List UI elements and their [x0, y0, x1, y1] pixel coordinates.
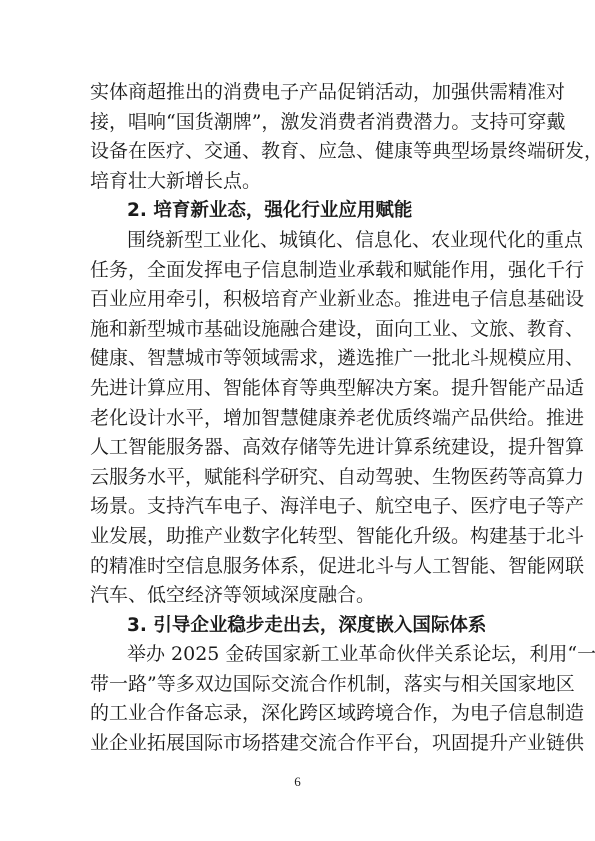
paragraph-line: 场景。支持汽车电子、海洋电子、航空电子、医疗电子等产: [90, 492, 507, 522]
paragraph-line: 老化设计水平，增加智慧健康养老优质终端产品供给。推进: [90, 404, 507, 434]
paragraph-line: 业企业拓展国际市场搭建交流合作平台，巩固提升产业链供: [90, 729, 507, 759]
page-number: 6: [0, 774, 595, 790]
paragraph-line: 云服务水平，赋能科学研究、自动驾驶、生物医药等高算力: [90, 463, 507, 493]
paragraph-line: 百业应用牵引，积极培育产业新业态。推进电子信息基础设: [90, 285, 507, 315]
paragraph-line: 先进计算应用、智能体育等典型解决方案。提升智能产品适: [90, 374, 507, 404]
paragraph-line: 人工智能服务器、高效存储等先进计算系统建设，提升智算: [90, 433, 507, 463]
section-heading-3: 3. 引导企业稳步走出去，深度嵌入国际体系: [90, 611, 507, 641]
paragraph-line: 围绕新型工业化、城镇化、信息化、农业现代化的重点: [90, 226, 507, 256]
paragraph-line: 健康、智慧城市等领域需求，遴选推广一批北斗规模应用、: [90, 344, 507, 374]
paragraph-line: 的精准时空信息服务体系，促进北斗与人工智能、智能网联: [90, 552, 507, 582]
paragraph-line: 的工业合作备忘录，深化跨区域跨境合作，为电子信息制造: [90, 699, 507, 729]
page-body: 实体商超推出的消费电子产品促销活动，加强供需精准对 接，唱响“国货潮牌”，激发消…: [90, 78, 507, 759]
paragraph-line: 带一路”等多双边国际交流合作机制，落实与相关国家地区: [90, 670, 507, 700]
paragraph-line: 业发展，助推产业数字化转型、智能化升级。构建基于北斗: [90, 522, 507, 552]
paragraph-line: 施和新型城市基础设施融合建设，面向工业、文旅、教育、: [90, 315, 507, 345]
paragraph-line: 实体商超推出的消费电子产品促销活动，加强供需精准对: [90, 78, 507, 108]
paragraph-line: 举办 2025 金砖国家新工业革命伙伴关系论坛，利用“一: [90, 640, 507, 670]
paragraph-line: 任务，全面发挥电子信息制造业承载和赋能作用，强化千行: [90, 256, 507, 286]
paragraph-line: 接，唱响“国货潮牌”，激发消费者消费潜力。支持可穿戴: [90, 108, 507, 138]
section-heading-2: 2. 培育新业态，强化行业应用赋能: [90, 196, 507, 226]
document-page: 实体商超推出的消费电子产品促销活动，加强供需精准对 接，唱响“国货潮牌”，激发消…: [0, 0, 595, 841]
paragraph-line: 培育壮大新增长点。: [90, 167, 507, 197]
paragraph-line: 设备在医疗、交通、教育、应急、健康等典型场景终端研发，: [90, 137, 507, 167]
paragraph-line: 汽车、低空经济等领域深度融合。: [90, 581, 507, 611]
